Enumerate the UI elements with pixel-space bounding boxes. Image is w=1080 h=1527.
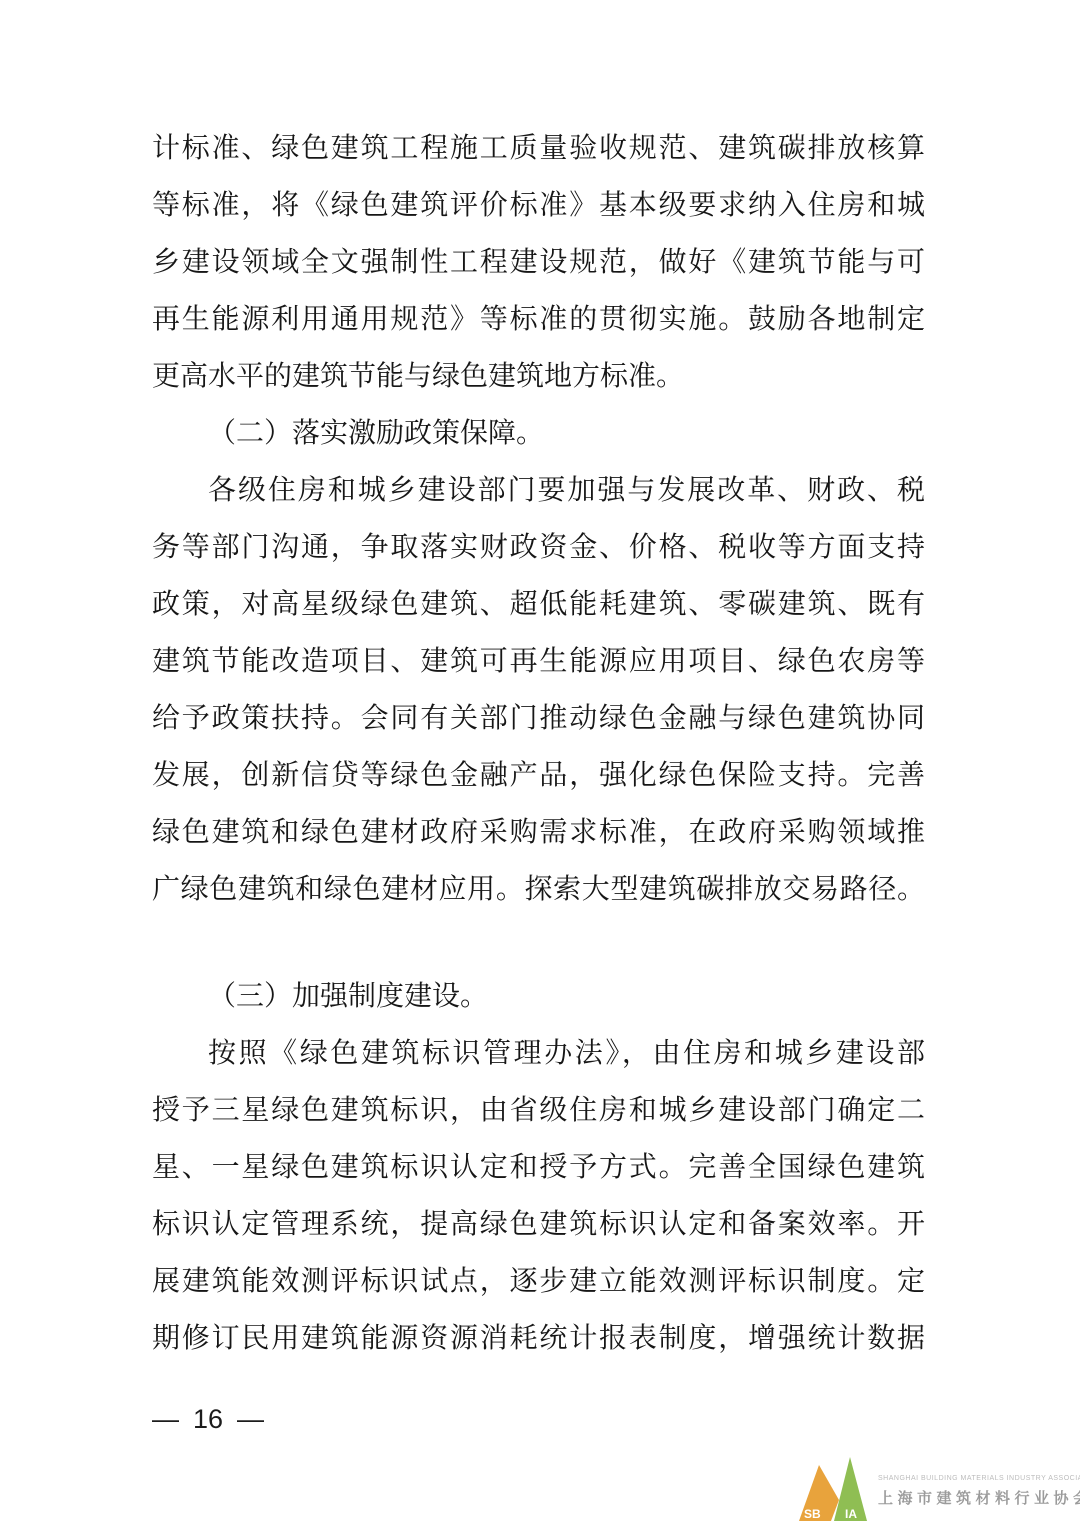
body-line: 再生能源利用通用规范》等标准的贯彻实施。鼓励各地制定: [152, 291, 925, 348]
logo-letters-left: SB: [804, 1507, 821, 1521]
body-line: 绿色建筑和绿色建材政府采购需求标准，在政府采购领域推: [152, 804, 925, 861]
body-line: 等标准，将《绿色建筑评价标准》基本级要求纳入住房和城: [152, 177, 925, 234]
footer-dash-left: —: [152, 1404, 179, 1435]
body-line: 发展，创新信贷等绿色金融产品，强化绿色保险支持。完善: [152, 747, 925, 804]
footer-dash-right: —: [237, 1404, 264, 1435]
logo-letters-right: IA: [845, 1507, 857, 1521]
body-line: 展建筑能效测评标识试点，逐步建立能效测评标识制度。定: [152, 1253, 925, 1310]
body-line: 更高水平的建筑节能与绿色建筑地方标准。: [152, 348, 925, 405]
body-line: 政策，对高星级绿色建筑、超低能耗建筑、零碳建筑、既有: [152, 576, 925, 633]
sbmia-mountain-icon: SB IA: [798, 1455, 868, 1525]
page-number: 16: [193, 1404, 223, 1435]
section-heading-3: （三）加强制度建设。: [152, 968, 925, 1025]
association-name: SHANGHAI BUILDING MATERIALS INDUSTRY ASS…: [878, 1455, 1080, 1508]
body-line: 星、一星绿色建筑标识认定和授予方式。完善全国绿色建筑: [152, 1139, 925, 1196]
body-line: 计标准、绿色建筑工程施工质量验收规范、建筑碳排放核算: [152, 120, 925, 177]
body-line: 广绿色建筑和绿色建材应用。探索大型建筑碳排放交易路径。: [152, 861, 925, 918]
body-line: 各级住房和城乡建设部门要加强与发展改革、财政、税: [152, 462, 925, 519]
association-name-en: SHANGHAI BUILDING MATERIALS INDUSTRY ASS…: [878, 1475, 1080, 1482]
page-footer: — 16 —: [152, 1404, 264, 1435]
document-body: 计标准、绿色建筑工程施工质量验收规范、建筑碳排放核算 等标准，将《绿色建筑评价标…: [152, 120, 925, 1367]
association-name-cn: 上海市建筑材料行业协会: [878, 1487, 1080, 1508]
body-line: 乡建设领域全文强制性工程建设规范，做好《建筑节能与可: [152, 234, 925, 291]
body-line: 建筑节能改造项目、建筑可再生能源应用项目、绿色农房等: [152, 633, 925, 690]
body-line: 标识认定管理系统，提高绿色建筑标识认定和备案效率。开: [152, 1196, 925, 1253]
association-logo: SB IA SHANGHAI BUILDING MATERIALS INDUST…: [798, 1455, 1080, 1525]
body-line: 务等部门沟通，争取落实财政资金、价格、税收等方面支持: [152, 519, 925, 576]
document-page: 计标准、绿色建筑工程施工质量验收规范、建筑碳排放核算 等标准，将《绿色建筑评价标…: [0, 0, 1080, 1527]
body-line: 授予三星绿色建筑标识，由省级住房和城乡建设部门确定二: [152, 1082, 925, 1139]
body-line: 按照《绿色建筑标识管理办法》，由住房和城乡建设部: [152, 1025, 925, 1082]
body-line: 给予政策扶持。会同有关部门推动绿色金融与绿色建筑协同: [152, 690, 925, 747]
section-heading-2: （二）落实激励政策保障。: [152, 405, 925, 462]
body-line: 期修订民用建筑能源资源消耗统计报表制度，增强统计数据: [152, 1310, 925, 1367]
